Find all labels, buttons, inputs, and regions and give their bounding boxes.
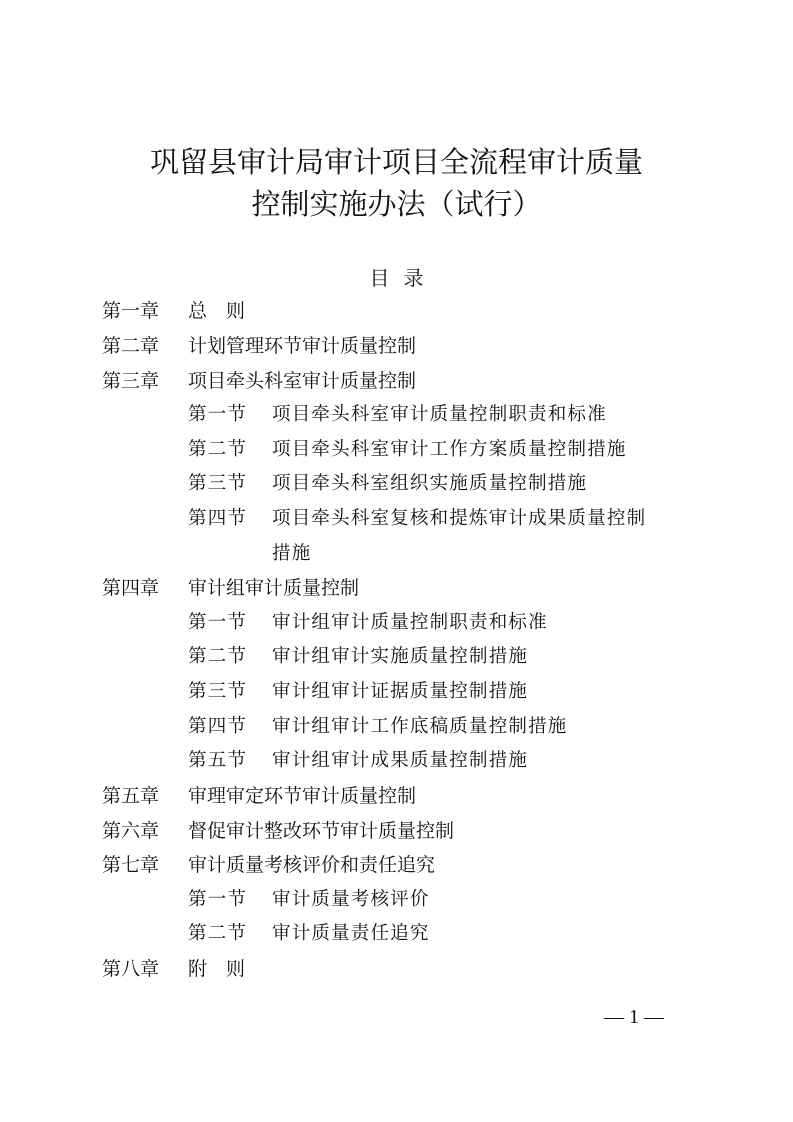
toc-text: 审计质量考核评价 [272,889,430,910]
toc-chapter-6: 第六章督促审计整改环节审计质量控制 [102,817,454,845]
toc-number: 第四章 [102,574,188,602]
toc-number: 第五节 [188,747,272,775]
toc-text: 督促审计整改环节审计质量控制 [188,820,454,842]
toc-section: 第一节审计组审计质量控制职责和标准 [188,609,548,637]
toc-text: 项目牵头科室审计工作方案质量控制措施 [272,439,627,460]
toc-text: 审计组审计实施质量控制措施 [272,646,528,667]
toc-section: 第三节审计组审计证据质量控制措施 [188,678,528,706]
toc-text: 项目牵头科室组织实施质量控制措施 [272,473,587,494]
toc-section-continuation: 措施 [272,540,311,568]
toc-text: 审计组审计质量控制职责和标准 [272,612,548,633]
toc-number: 第一节 [188,401,272,429]
toc-chapter-4: 第四章审计组审计质量控制 [102,574,359,602]
document-title-line2: 控制实施办法（试行） [0,184,793,224]
toc-text: 审计组审计证据质量控制措施 [272,681,528,702]
document-title-line1: 巩留县审计局审计项目全流程审计质量 [0,142,793,182]
toc-text: 附 则 [188,958,245,980]
toc-text: 总 则 [188,300,245,322]
toc-text: 计划管理环节审计质量控制 [188,335,416,357]
toc-text: 审计质量责任追究 [272,923,430,944]
toc-number: 第八章 [102,955,188,983]
toc-number: 第二节 [188,436,272,464]
toc-chapter-2: 第二章计划管理环节审计质量控制 [102,332,416,360]
toc-number: 第七章 [102,851,188,879]
toc-text: 项目牵头科室审计质量控制 [188,370,416,392]
toc-text: 审计组审计工作底稿质量控制措施 [272,716,568,737]
toc-section: 第二节项目牵头科室审计工作方案质量控制措施 [188,436,627,464]
toc-number: 第四节 [188,713,272,741]
toc-number: 第四节 [188,505,272,533]
page-number: — 1 — [604,1006,664,1029]
toc-number: 第二章 [102,332,188,360]
toc-number: 第三章 [102,367,188,395]
toc-chapter-8: 第八章附 则 [102,955,245,983]
toc-heading: 目录 [0,262,793,291]
toc-number: 第五章 [102,782,188,810]
toc-section: 第一节项目牵头科室审计质量控制职责和标准 [188,401,607,429]
toc-number: 第三节 [188,678,272,706]
toc-number: 第三节 [188,470,272,498]
toc-section: 第一节审计质量考核评价 [188,886,430,914]
toc-section: 第五节审计组审计成果质量控制措施 [188,747,528,775]
toc-text: 项目牵头科室审计质量控制职责和标准 [272,404,607,425]
toc-text: 审理审定环节审计质量控制 [188,785,416,807]
toc-section: 第四节审计组审计工作底稿质量控制措施 [188,713,568,741]
toc-section: 第二节审计组审计实施质量控制措施 [188,643,528,671]
toc-chapter-1: 第一章总 则 [102,297,245,325]
toc-section: 第三节项目牵头科室组织实施质量控制措施 [188,470,587,498]
toc-number: 第二节 [188,643,272,671]
toc-section: 第四节项目牵头科室复核和提炼审计成果质量控制 [188,505,646,533]
toc-text: 审计质量考核评价和责任追究 [188,854,435,876]
toc-number: 第一节 [188,609,272,637]
toc-text: 项目牵头科室复核和提炼审计成果质量控制 [272,508,646,529]
toc-number: 第一节 [188,886,272,914]
toc-number: 第六章 [102,817,188,845]
toc-number: 第二节 [188,920,272,948]
toc-chapter-7: 第七章审计质量考核评价和责任追究 [102,851,435,879]
toc-text: 审计组审计成果质量控制措施 [272,750,528,771]
toc-chapter-5: 第五章审理审定环节审计质量控制 [102,782,416,810]
toc-text: 审计组审计质量控制 [188,577,359,599]
toc-number: 第一章 [102,297,188,325]
toc-chapter-3: 第三章项目牵头科室审计质量控制 [102,367,416,395]
toc-section: 第二节审计质量责任追究 [188,920,430,948]
